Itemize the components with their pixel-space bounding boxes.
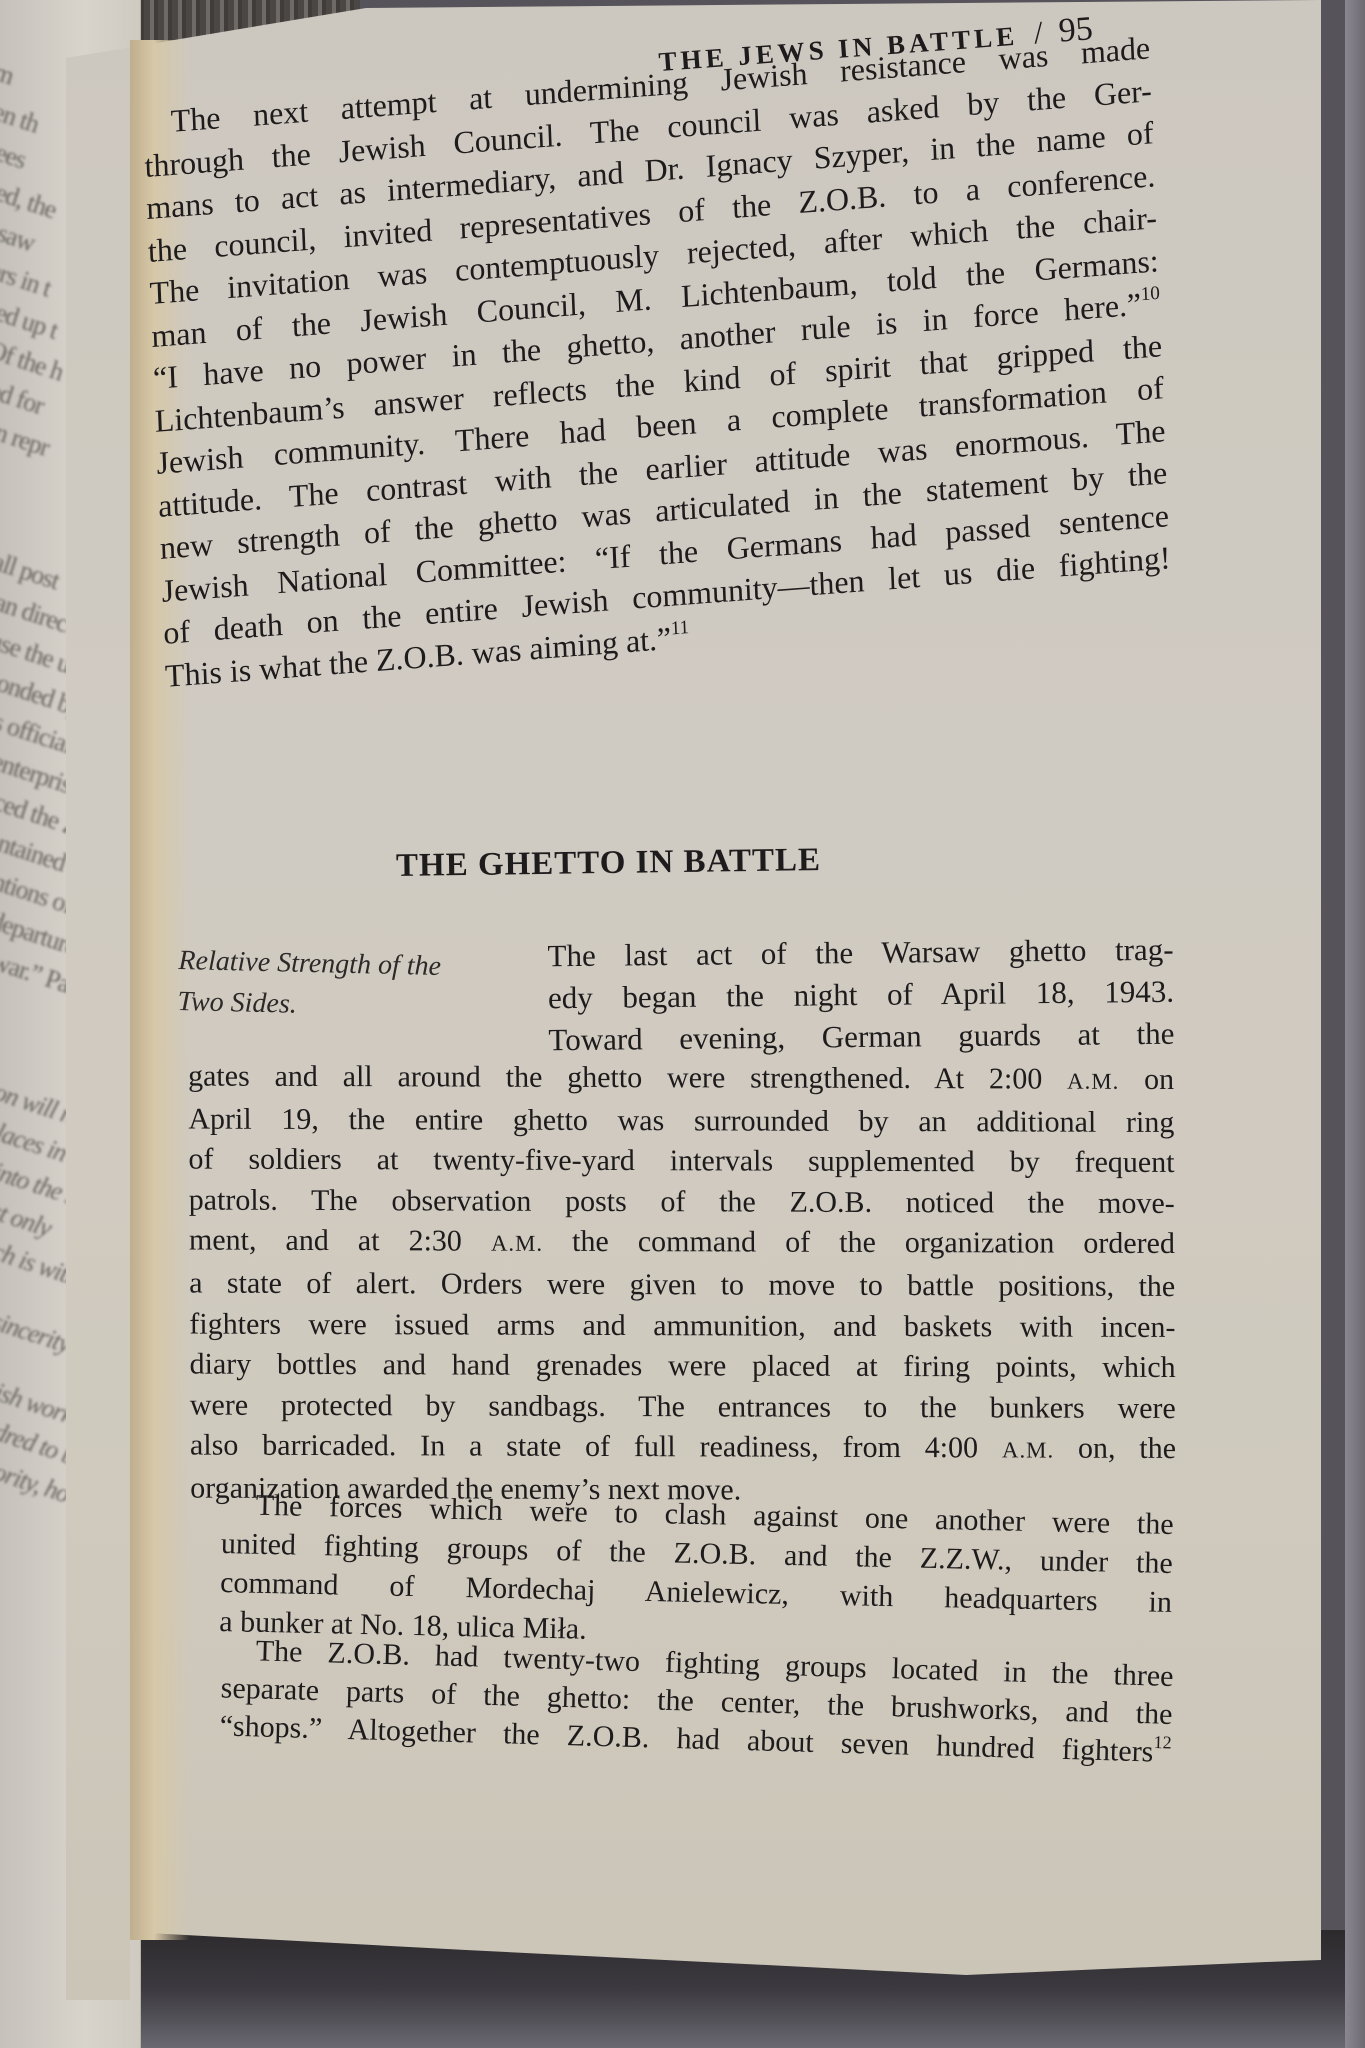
text-segment: ment, and at 2:30 <box>189 1224 491 1258</box>
time-abbrev: A.M. <box>491 1231 543 1256</box>
text-segment: gates and all around the ghetto were str… <box>188 1060 1067 1096</box>
text-line: The last act of the Warsaw ghetto trag- <box>547 929 1173 978</box>
footnote-marker[interactable]: 12 <box>1153 1732 1172 1752</box>
margin-subheading-line: Two Sides. <box>177 981 440 1028</box>
margin-subheading: Relative Strength of the Two Sides. <box>177 940 441 1028</box>
time-abbrev: A.M. <box>1067 1069 1119 1094</box>
text-segment: on, the <box>1054 1432 1176 1465</box>
margin-subheading-line: Relative Strength of the <box>178 940 441 987</box>
text-line: April 19, the entire ghetto was surround… <box>188 1099 1174 1143</box>
text-segment: also barricaded. In a state of full read… <box>190 1429 1002 1465</box>
text-line: were protected by sandbags. The entrance… <box>190 1385 1176 1429</box>
page-content: THE JEWS IN BATTLE / 95 The next attempt… <box>0 0 1365 2048</box>
text-line: Toward evening, German guards at the <box>548 1013 1174 1062</box>
time-abbrev: A.M. <box>1002 1438 1054 1463</box>
text-line: fighters were issued arms and ammunition… <box>189 1304 1175 1348</box>
paragraph-intro: The next attempt at undermining Jewish r… <box>142 26 1173 697</box>
section-heading: THE GHETTO IN BATTLE <box>396 842 821 885</box>
text-segment: on <box>1119 1063 1174 1096</box>
paragraph-battle-intro: gates and all around the ghetto were str… <box>188 1057 1176 1513</box>
text-line: a state of alert. Orders were given to m… <box>189 1264 1175 1308</box>
text-line: also barricaded. In a state of full read… <box>190 1426 1176 1472</box>
text-line: edy began the night of April 18, 1943. <box>548 971 1174 1020</box>
text-line: patrols. The observation posts of the Z.… <box>189 1180 1175 1224</box>
text-line: ment, and at 2:30 A.M. the command of th… <box>189 1221 1175 1267</box>
footnote-marker[interactable]: 11 <box>670 617 689 639</box>
text-line: diary bottles and hand grenades were pla… <box>189 1345 1175 1389</box>
footnote-marker[interactable]: 10 <box>1140 283 1160 305</box>
text-line: of soldiers at twenty-five-yard interval… <box>188 1140 1174 1184</box>
text-segment: the command of the organization ordered <box>543 1225 1175 1260</box>
paragraph-battle-intro-indented: The last act of the Warsaw ghetto trag- … <box>547 929 1174 1062</box>
text-line: gates and all around the ghetto were str… <box>188 1057 1174 1103</box>
